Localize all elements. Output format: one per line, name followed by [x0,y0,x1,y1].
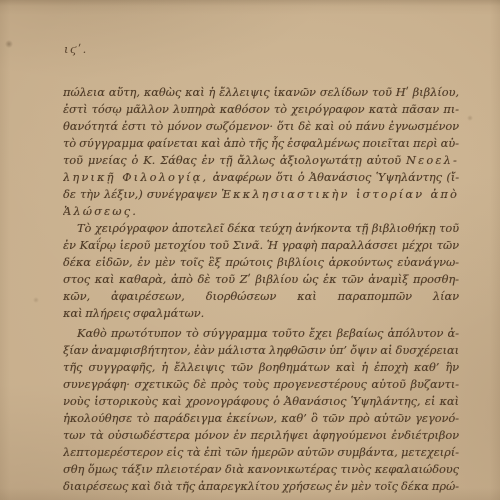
text-line: τοῦ μνείας ὁ Κ. Σάθας ἐν τῇ ἄλλως ἀξιολο… [63,152,459,169]
text-segment: ἠκολούθησε τὸ παράδειγμα ἐκείνων, καθ’ ὃ… [63,412,459,425]
letterspaced-text: ληνικῇ Φιλολογίᾳ, [63,171,208,184]
letterspaced-text: Νεοελ- [406,154,459,167]
text-segment: ἐν Καΐρῳ ἱεροῦ μετοχίου τοῦ Σινᾶ. Ἡ γραφ… [63,239,459,252]
text-line: ἐστὶ τόσῳ μᾶλλον λυπηρὰ καθόσον τὸ χειρό… [63,101,459,118]
letterspaced-text: Ἐκκλησιαστικὴν ἱστορίαν ἀπὸ [221,188,459,201]
text-segment: κῶν, ἀφαιρέσεων, διορθώσεων καὶ παραπομπ… [63,290,459,305]
text-segment: τὸ σύγγραμμα φαίνεται καὶ ἀπὸ τῆς ἧς ἐσφ… [63,137,459,150]
text-line: νοὺς ἱστορικοὺς καὶ χρονογράφους ὁ Ἀθανά… [63,393,459,410]
text-line: συνεγράφη· σχετικῶς δὲ πρὸς τοὺς προγενε… [63,376,459,393]
text-line: διαιρέσεως καὶ διὰ τῆς ἀπαρεγκλίτου χρήσ… [63,478,459,495]
text-segment: συνεγράφη· σχετικῶς δὲ πρὸς τοὺς προγενε… [63,378,459,391]
text-segment: τῆς συγγραφῆς, ἡ ἔλλειψις τῶν βοηθημάτων… [63,361,459,374]
text-line: ληνικῇ Φιλολογίᾳ, ἀναφέρων ὅτι ὁ Ἀθανάσι… [63,169,459,186]
text-segment: λεπτομερέστερον εἰς τὰ ἐπὶ τῶν ἡμερῶν αὐ… [63,446,459,459]
text-segment: Τὸ χειρόγραφον ἀποτελεῖ δέκα τεύχη ἀνήκο… [77,222,459,235]
text-segment: νοὺς ἱστορικοὺς καὶ χρονογράφους ὁ Ἀθανά… [63,395,459,408]
letterspaced-text: Ἁλώσεως. [63,205,138,218]
text-line: τῆς συγγραφῆς, ἡ ἔλλειψις τῶν βοηθημάτων… [63,359,459,376]
text-line: Καθὸ πρωτότυπον τὸ σύγγραμμα τοῦτο ἔχει … [63,325,459,342]
text-line: Ἁλώσεως. [63,203,459,220]
text-line: Τὸ χειρόγραφον ἀποτελεῖ δέκα τεύχη ἀνήκο… [63,220,459,237]
text-line: ἠκολούθησε τὸ παράδειγμα ἐκείνων, καθ’ ὃ… [63,410,459,427]
text-line: λεπτομερέστερον εἰς τὰ ἐπὶ τῶν ἡμερῶν αὐ… [63,444,459,461]
text-segment: ξίαν ἀναμφισβήτητον, ἐὰν μάλιστα ληφθῶσι… [63,344,459,357]
book-page: ιϛʹ. πώλεια αὕτη, καθὼς καὶ ἡ ἔλλειψις ἱ… [0,0,500,500]
text-segment: διαιρέσεως καὶ διὰ τῆς ἀπαρεγκλίτου χρήσ… [63,480,459,493]
text-line: τὸ σύγγραμμα φαίνεται καὶ ἀπὸ τῆς ἧς ἐσφ… [63,135,459,152]
text-line: καὶ πλήρεις σφαλμάτων. [63,305,459,322]
text-segment: ἀναφέρων ὅτι ὁ Ἀθανάσιος Ὑψηλάντης (ἴ- [208,171,459,184]
text-segment: των τὰ οὐσιωδέστερα μόνον ἐν περιλήψει ἀ… [63,429,459,442]
text-line: ἐν Καΐρῳ ἱεροῦ μετοχίου τοῦ Σινᾶ. Ἡ γραφ… [63,237,459,254]
text-segment: τοῦ μνείας ὁ Κ. Σάθας ἐν τῇ ἄλλως ἀξιολο… [63,154,406,167]
text-line: πώλεια αὕτη, καθὼς καὶ ἡ ἔλλειψις ἱκανῶν… [63,84,459,101]
text-segment: Καθὸ πρωτότυπον τὸ σύγγραμμα τοῦτο ἔχει … [77,327,459,340]
text-segment: ἐστὶ τόσῳ μᾶλλον λυπηρὰ καθόσον τὸ χειρό… [63,103,459,116]
page-number: ιϛʹ. [64,42,88,56]
text-line: στος καὶ καθαρὰ, ἀπὸ δὲ τοῦ Ζʹ βιβλίου ὡ… [63,271,459,288]
text-line: κῶν, ἀφαιρέσεων, διορθώσεων καὶ παραπομπ… [63,288,459,305]
text-line: ξίαν ἀναμφισβήτητον, ἐὰν μάλιστα ληφθῶσι… [63,342,459,359]
text-line: θανότητά ἐστι τὸ μόνον σωζόμενον· ὅτι δὲ… [63,118,459,135]
text-segment: δέκα εἰδῶν, ἐν μὲν τοῖς ἓξ πρώτοις βιβλί… [63,256,459,269]
text-line: σθη ὅμως τάξιν πλειοτέραν διὰ κανονικωτέ… [63,461,459,478]
text-segment: σθη ὅμως τάξιν πλειοτέραν διὰ κανονικωτέ… [63,463,459,476]
text-segment: δε τὴν λέξιν,) συνέγραψεν [63,188,221,201]
text-block: πώλεια αὕτη, καθὼς καὶ ἡ ἔλλειψις ἱκανῶν… [63,84,459,495]
text-segment: πώλεια αὕτη, καθὼς καὶ ἡ ἔλλειψις ἱκανῶν… [63,86,459,99]
text-line: των τὰ οὐσιωδέστερα μόνον ἐν περιλήψει ἀ… [63,427,459,444]
text-line: δε τὴν λέξιν,) συνέγραψεν Ἐκκλησιαστικὴν… [63,186,459,203]
text-segment: καὶ πλήρεις σφαλμάτων. [63,307,204,320]
text-line: δέκα εἰδῶν, ἐν μὲν τοῖς ἓξ πρώτοις βιβλί… [63,254,459,271]
text-segment: θανότητά ἐστι τὸ μόνον σωζόμενον· ὅτι δὲ… [63,120,459,133]
text-segment: στος καὶ καθαρὰ, ἀπὸ δὲ τοῦ Ζʹ βιβλίου ὡ… [63,273,459,286]
